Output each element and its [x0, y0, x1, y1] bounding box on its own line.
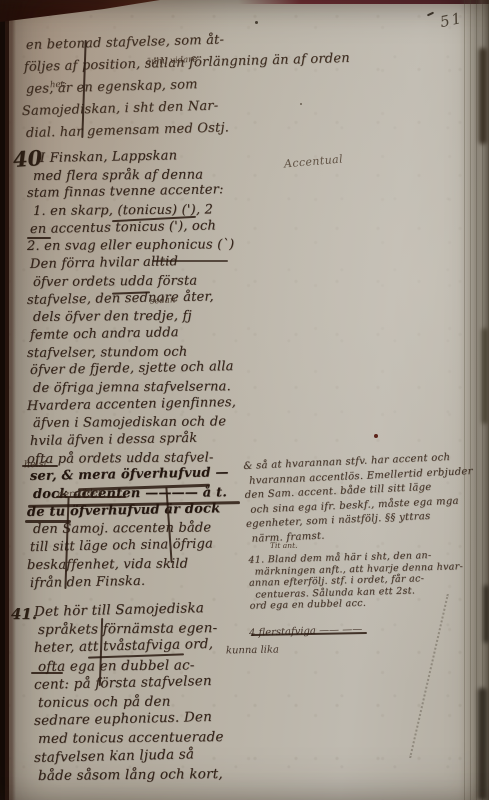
handwritten-line: Det hör till Samojediska	[34, 600, 224, 622]
ink-strikethrough	[22, 465, 58, 467]
margin-note-2: 41. Bland dem må här i sht, den an- märk…	[248, 549, 464, 612]
handwritten-line: hvila äfven i dessa språk	[30, 430, 236, 452]
handwritten-line: stam finnas tvenne accenter:	[27, 182, 236, 204]
interlinear-insert: het;	[50, 80, 67, 91]
ink-speck	[374, 434, 378, 438]
page-stack-edge	[459, 0, 489, 800]
handwritten-line: femte och andra udda	[30, 324, 236, 346]
margin-note-1: & så at hvarannan stfv. har accent och h…	[243, 451, 475, 548]
handwritten-line: ifrån den Finska.	[30, 572, 236, 594]
ink-strikethrough	[31, 672, 63, 674]
handwritten-line: Hvardera accenten igenfinnes,	[27, 395, 236, 417]
handwritten-line: till sitt läge och sina öfriga	[30, 536, 236, 558]
cover-edge-top	[238, 0, 489, 4]
handwritten-line: sednare euphonicus. Den	[34, 709, 224, 731]
handwritten-line: stafvelsen kan ljuda så	[34, 745, 224, 767]
edge-stain	[478, 688, 487, 800]
ink-speck	[255, 21, 258, 24]
margin-fragment: kunna lika	[226, 645, 279, 657]
book-binding-edge	[0, 0, 16, 800]
manuscript-photo: 51 en betonad stafvelse, som åt- följes …	[0, 0, 489, 800]
ink-underline	[152, 260, 228, 262]
handwritten-line: cent: på första stafvelsen	[34, 672, 224, 694]
edge-stain	[479, 48, 487, 144]
handwritten-line: både såsom lång och kort,	[38, 766, 224, 786]
ink-strikethrough	[25, 520, 71, 523]
handwritten-line: I Finskan, Lappskan	[40, 147, 236, 168]
edge-stain	[482, 328, 488, 424]
handwritten-line: Den förra hvilar alltid	[30, 253, 236, 275]
section-41-paragraph: Det hör till Samojediska språkets förnäm…	[34, 604, 224, 786]
edge-stain	[484, 585, 489, 643]
ink-strikethrough	[27, 237, 51, 239]
handwritten-line: öfver de fjerde, sjette och alla	[30, 359, 236, 381]
margin-note-2-heading: Tit ant.	[270, 541, 298, 550]
interlinear-insert: sedan	[150, 295, 176, 306]
ink-strikethrough	[56, 496, 126, 498]
section-40-paragraph: I Finskan, Lappskan med flera språk af d…	[30, 151, 236, 593]
